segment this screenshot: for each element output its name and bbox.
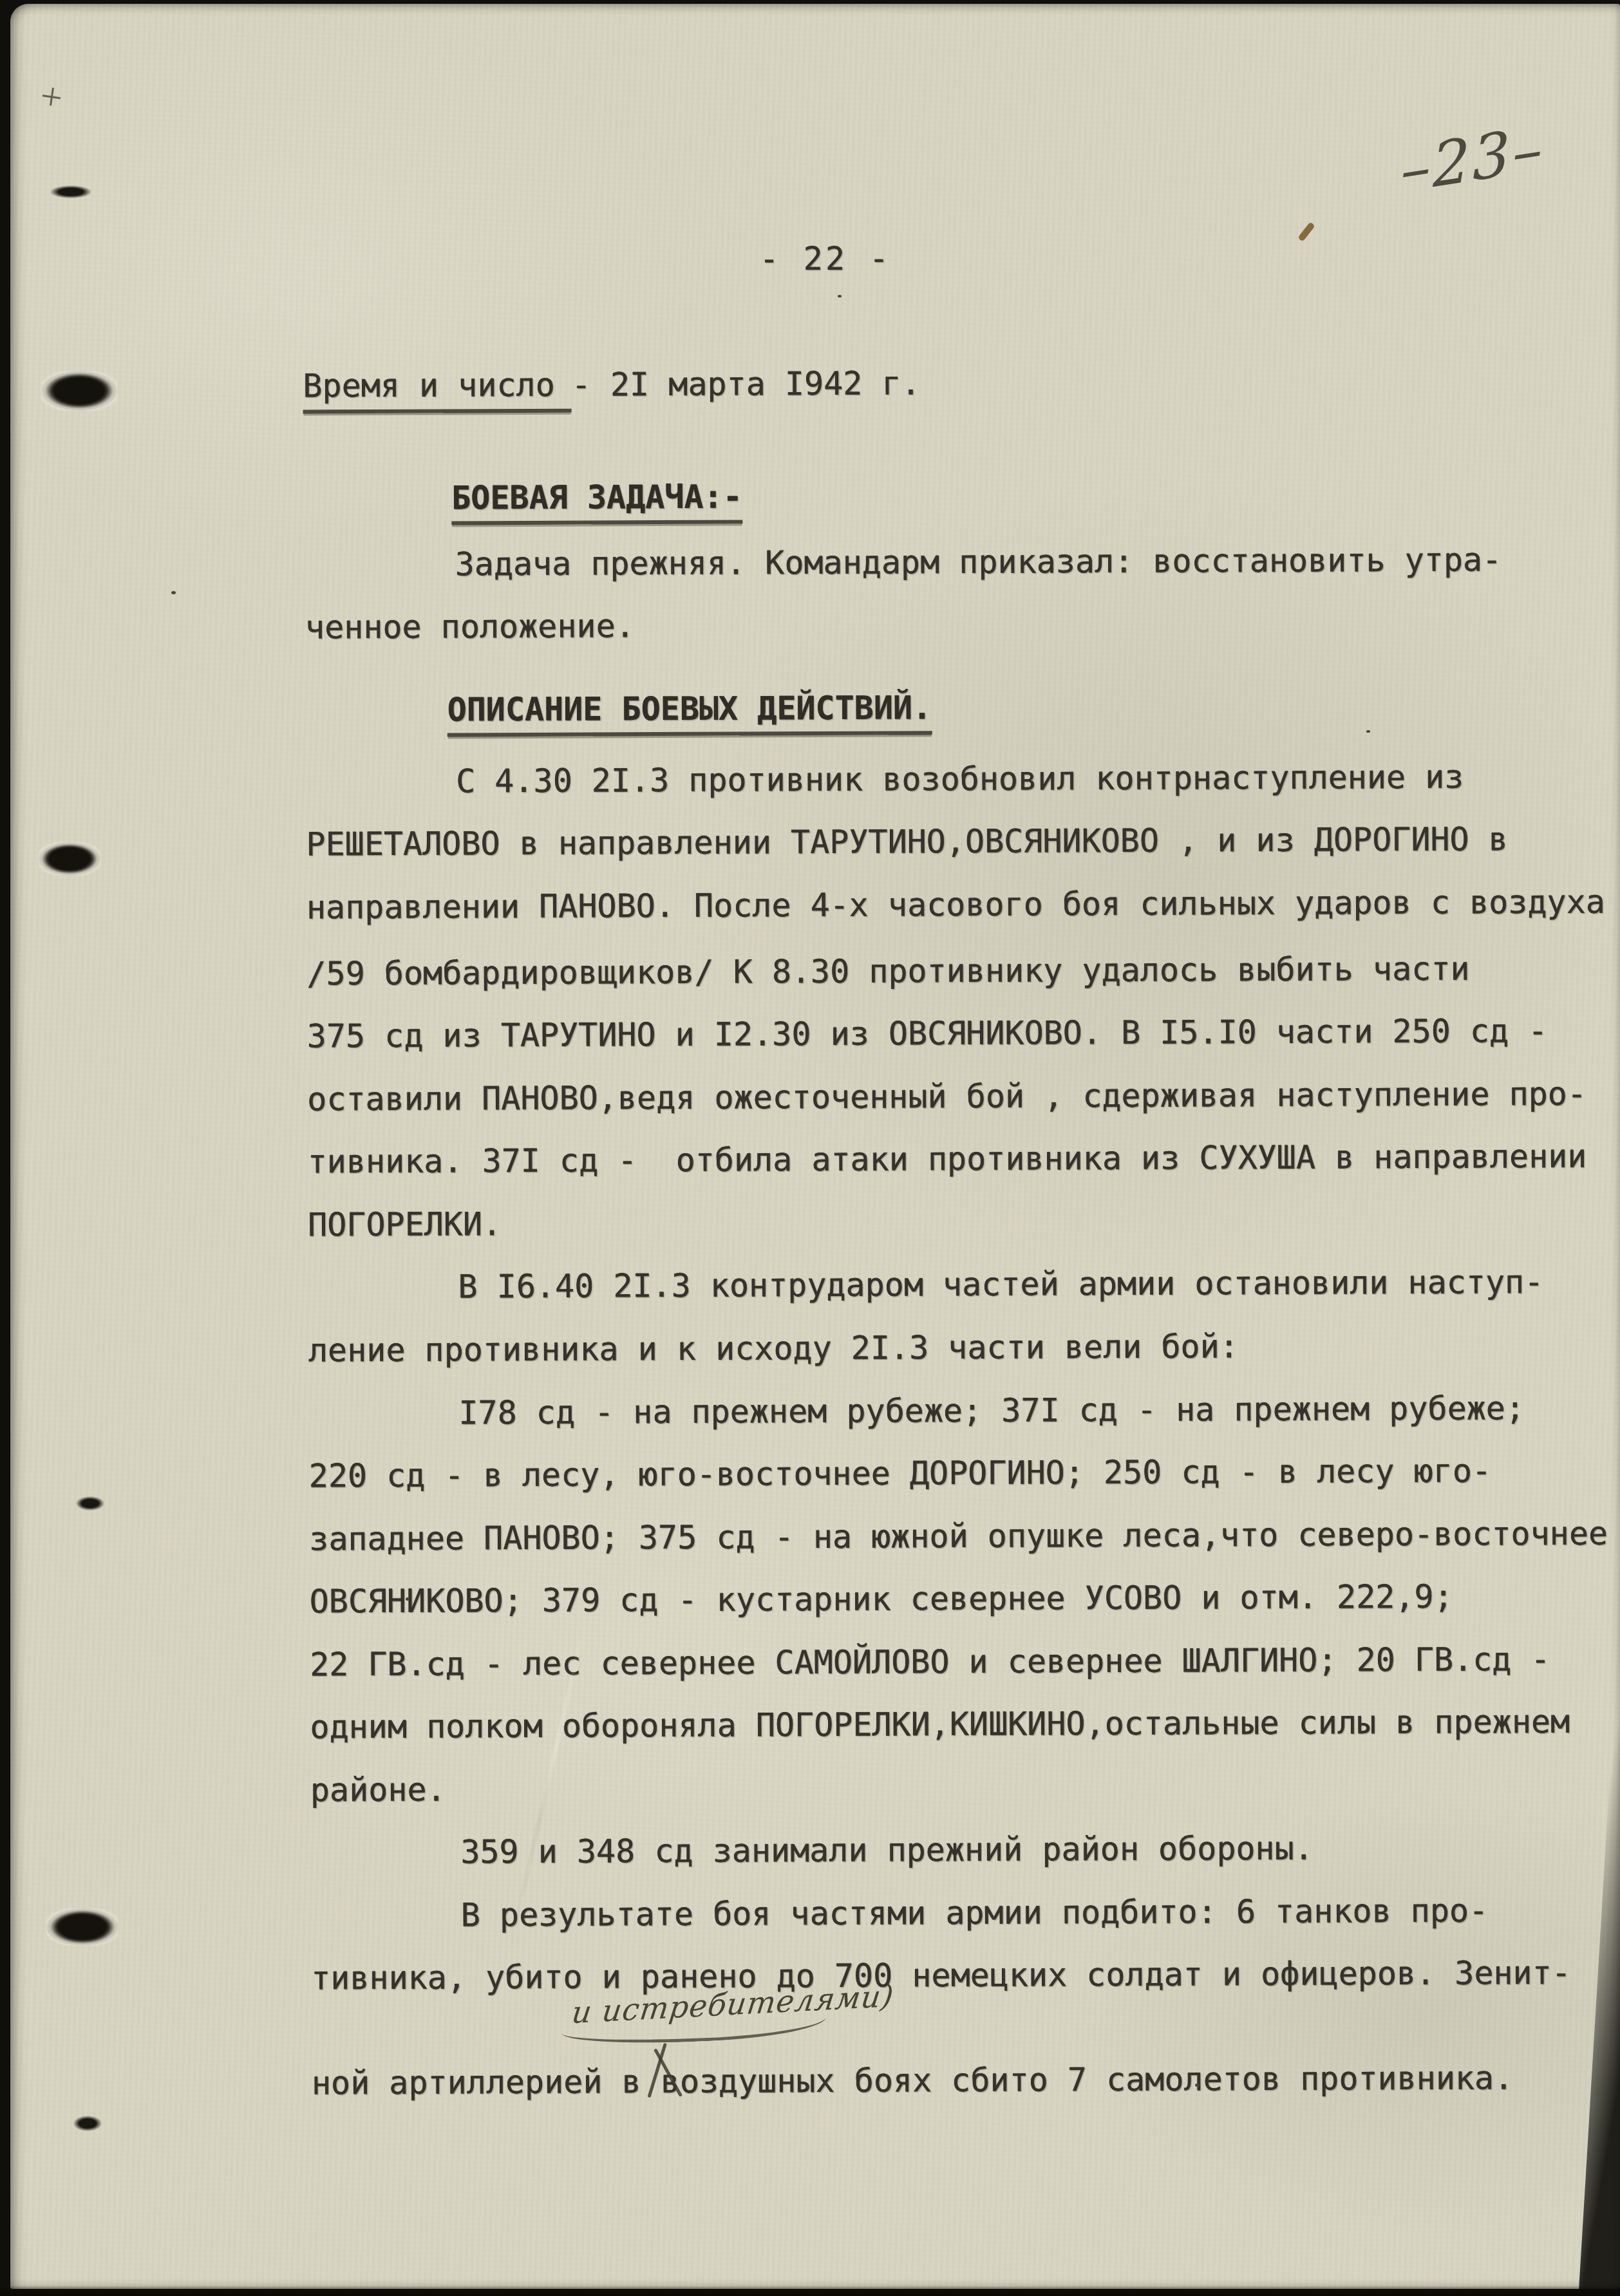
- typed-line: РЕШЕТАЛОВО в направлении ТАРУТИНО,ОВСЯНИ…: [306, 820, 1508, 863]
- typed-line: одним полком обороняла ПОГОРЕЛКИ,КИШКИНО…: [310, 1702, 1570, 1747]
- typed-line: ПОГОРЕЛКИ.: [308, 1205, 502, 1244]
- typed-line: тивника. 37I сд - отбила атаки противник…: [308, 1137, 1587, 1181]
- date-label: Время и число: [303, 366, 572, 414]
- margin-mark: [50, 185, 91, 198]
- typed-line: ной артиллерией в воздушных боях сбито 7…: [312, 2058, 1514, 2102]
- margin-cross-mark: [41, 86, 62, 107]
- punch-hole-small: [76, 1496, 104, 1510]
- typed-line: ченное положение.: [305, 607, 635, 646]
- typed-line: западнее ПАНОВО; 375 сд - на южной опушк…: [309, 1514, 1608, 1559]
- typed-line: В результате боя частями армии подбито: …: [311, 1891, 1489, 1935]
- paper-speck: [171, 591, 176, 594]
- punch-hole-small: [73, 2116, 102, 2131]
- typed-line: В I6.40 2I.3 контрударом частей армии ос…: [308, 1263, 1543, 1306]
- typed-line: районе.: [310, 1771, 446, 1810]
- typed-line: оставили ПАНОВО,ведя ожесточенный бой , …: [307, 1075, 1587, 1119]
- typed-line: 220 сд - в лесу, юго-восточнее ДОРОГИНО;…: [309, 1451, 1492, 1495]
- typed-line: 375 сд из ТАРУТИНО и I2.30 из ОВСЯНИКОВО…: [307, 1012, 1548, 1055]
- typed-page-number: - 22 -: [759, 239, 891, 278]
- typed-line: I78 сд - на прежнем рубеже; 37I сд - на …: [308, 1389, 1525, 1433]
- paper-speck: [406, 1597, 410, 1601]
- typed-line: /59 бомбардировщиков/ К 8.30 противнику …: [306, 950, 1469, 993]
- paper-speck: [1195, 2084, 1200, 2087]
- typed-line: направлении ПАНОВО. После 4-х часового б…: [306, 883, 1605, 927]
- typed-text-block: - 22 - Время и число- 2I марта I942 г. Б…: [6, 1, 1620, 2293]
- paper-speck: [838, 295, 842, 297]
- typed-line: ление противника и к исходу 2I.3 части в…: [308, 1327, 1239, 1369]
- scan-background: { "page": { "typed_number": "- 22 -", "h…: [0, 0, 1620, 2296]
- typed-line: Задача прежняя. Командарм приказал: восс…: [305, 540, 1502, 584]
- punch-hole: [46, 1908, 118, 1946]
- punch-hole: [39, 842, 100, 876]
- typed-line: тивника, убито и ранено до 700 немецких …: [311, 1953, 1571, 1998]
- section-heading-combat-task: БОЕВАЯ ЗАДАЧА:-: [451, 477, 742, 517]
- typed-line: 22 ГВ.сд - лес севернее САМОЙЛОВО и севе…: [310, 1640, 1550, 1684]
- paper-speck: [1366, 730, 1370, 733]
- insertion-caret-mark: [635, 2041, 696, 2105]
- section-heading-operations: ОПИСАНИЕ БОЕВЫХ ДЕЙСТВИЙ.: [447, 688, 932, 729]
- date-value: - 2I марта I942 г.: [572, 364, 921, 403]
- scan-bottom-edge: [0, 2286, 1620, 2296]
- document-sheet: –23– - 22 - Время и число- 2I марта I942…: [10, 4, 1620, 2289]
- typed-line: С 4.30 2I.3 противник возобновил контрна…: [306, 758, 1464, 802]
- date-line: Время и число- 2I марта I942 г.: [303, 364, 921, 413]
- typed-line: 359 и 348 сд занимали прежний район обор…: [310, 1829, 1314, 1872]
- typed-line: ОВСЯНИКОВО; 379 сд - кустарник севернее …: [309, 1577, 1453, 1621]
- punch-hole: [41, 371, 117, 411]
